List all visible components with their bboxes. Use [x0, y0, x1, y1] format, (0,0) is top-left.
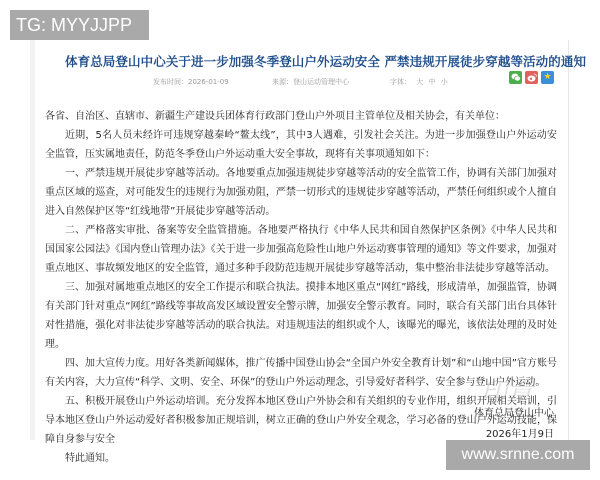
font-size-selector: 字体： 大 中 小	[390, 77, 448, 87]
paragraph-3: 三、加强对属地重点地区的安全工作提示和联合执法。摸排本地区重点“网红”路线，形成…	[45, 278, 557, 354]
font-size-label: 字体：	[390, 78, 411, 86]
page: TG: MYYJJPP 体育总局登山中心关于进一步加强冬季登山户外运动安全 严禁…	[0, 0, 600, 480]
watermark-bottom-right: www.srnne.com	[446, 440, 590, 470]
signature-organization: 体育总局登山中心	[474, 404, 554, 419]
article-title: 体育总局登山中心关于进一步加强冬季登山户外运动安全 严禁违规开展徒步穿越等活动的…	[65, 52, 545, 70]
share-bar: ★	[509, 71, 554, 84]
article-source: 来源：登山运动管理中心	[272, 77, 349, 87]
publish-date: 发布时间：2026-01-09	[153, 77, 229, 87]
paragraph-intro: 近期，5名人员未经许可违规穿越秦岭“鳌太线”，其中3人遇难，引发社会关注。为进一…	[45, 126, 557, 164]
watermark-top-left: TG: MYYJJPP	[10, 10, 149, 40]
paragraph-2: 二、严格落实审批、备案等安全监管措施。各地要严格执行《中华人民共和国自然保护区条…	[45, 221, 557, 278]
weibo-icon[interactable]	[525, 71, 538, 84]
paragraph-4: 四、加大宣传力度。用好各类新闻媒体，推广传播中国登山协会“全国户外安全教育计划”…	[45, 354, 557, 392]
font-size-medium[interactable]: 中	[428, 78, 435, 86]
font-size-small[interactable]: 小	[441, 78, 448, 86]
signature-date: 2026年1月9日	[486, 425, 554, 440]
salutation: 各省、自治区、直辖市、新疆生产建设兵团体育行政部门登山户外项目主管单位及相关协会…	[45, 107, 557, 126]
paragraph-1: 一、严禁违规开展徒步穿越等活动。各地要重点加强违规徒步穿越等活动的安全监管工作，…	[45, 164, 557, 221]
qzone-icon[interactable]: ★	[541, 71, 554, 84]
font-size-large[interactable]: 大	[416, 78, 423, 86]
wechat-icon[interactable]	[509, 71, 522, 84]
